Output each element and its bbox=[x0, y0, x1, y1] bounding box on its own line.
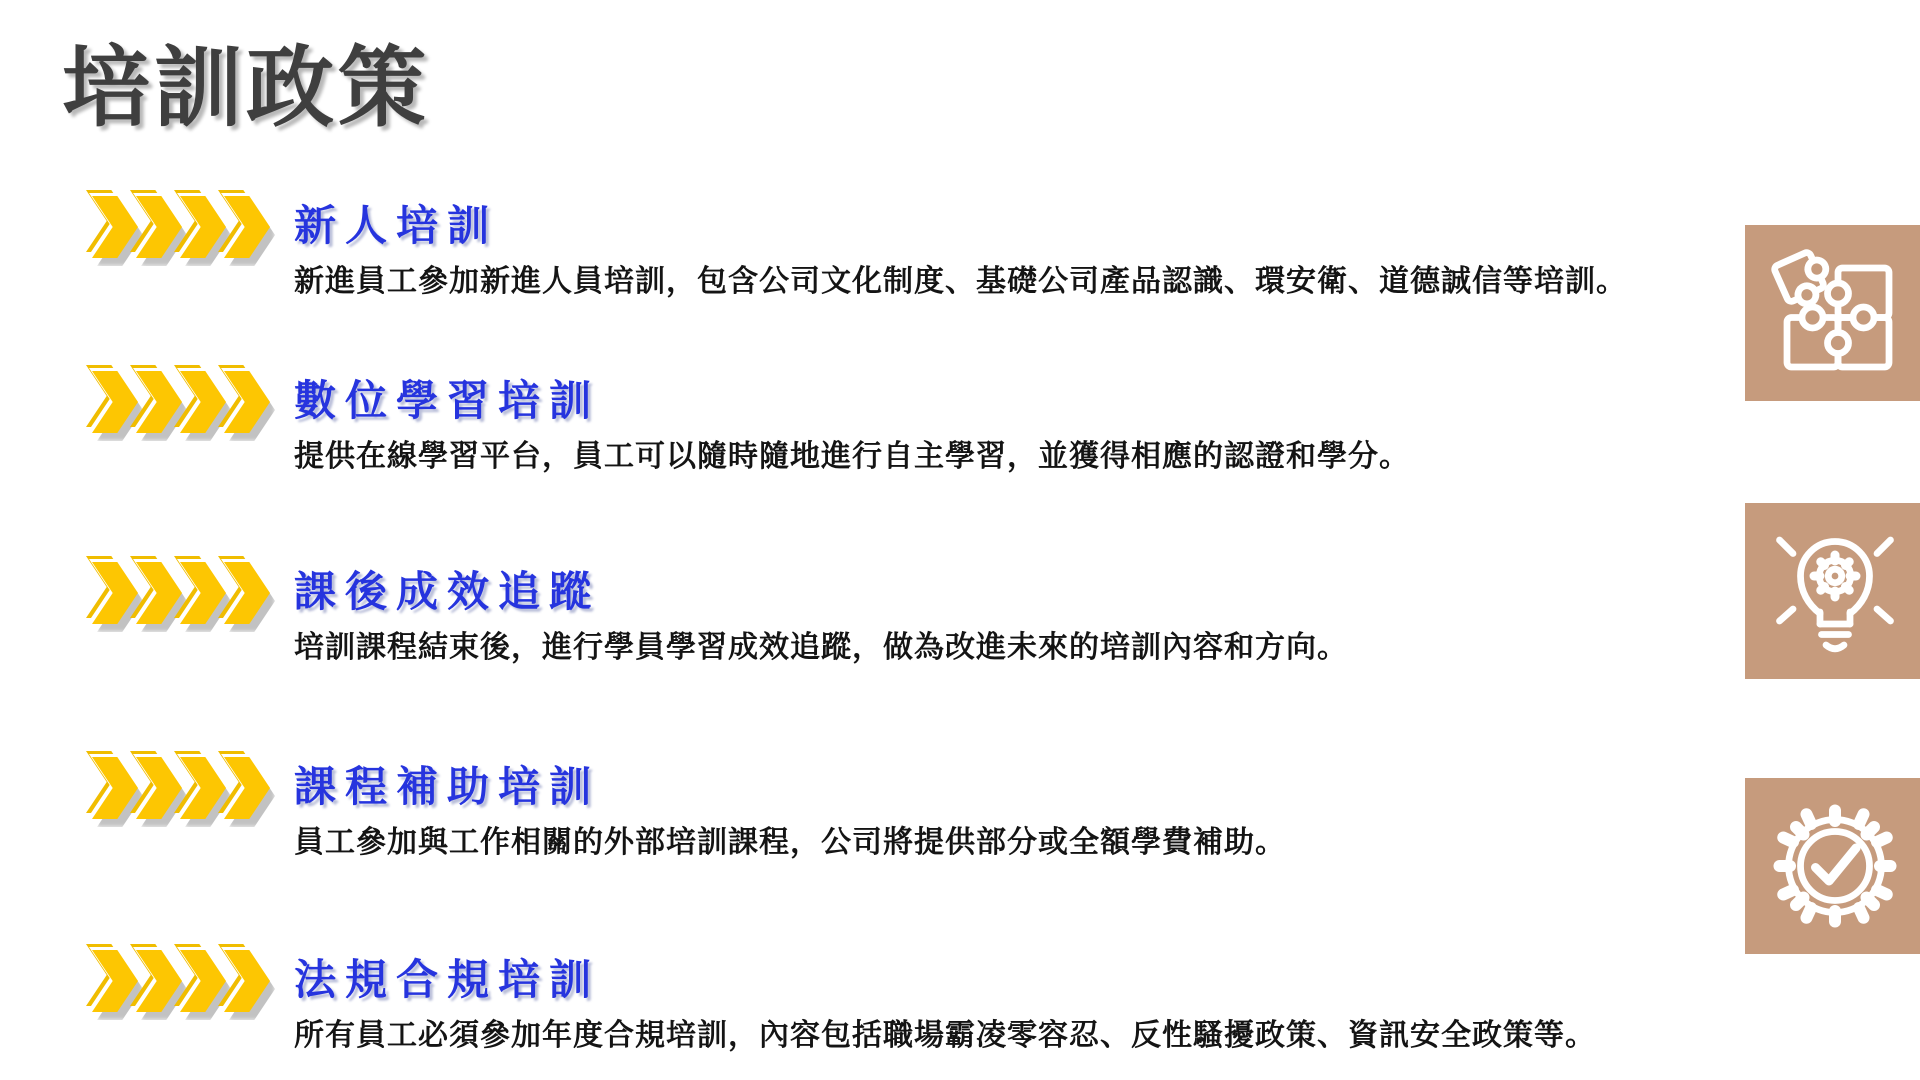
section-description: 培訓課程結束後，進行學員學習成效追蹤，做為改進未來的培訓內容和方向。 bbox=[294, 629, 1348, 667]
chevron-arrows-icon bbox=[92, 753, 268, 862]
section-heading: 數位學習培訓 bbox=[294, 377, 1410, 425]
slide-training-policy: 培訓政策 新人培訓 新進員工參加新進人員培訓，包含公司文化制度、基礎公司產品認識… bbox=[0, 0, 1920, 1080]
section-heading: 新人培訓 bbox=[294, 202, 1627, 250]
gear-check-icon bbox=[1745, 778, 1920, 954]
section-compliance-training: 法規合規培訓 所有員工必須參加年度合規培訓，內容包括職場霸凌零容忍、反性騷擾政策… bbox=[92, 946, 1596, 1055]
section-effect-tracking: 課後成效追蹤 培訓課程結束後，進行學員學習成效追蹤，做為改進未來的培訓內容和方向… bbox=[92, 558, 1348, 667]
idea-gear-icon bbox=[1745, 503, 1920, 679]
section-digital-learning: 數位學習培訓 提供在線學習平台，員工可以隨時隨地進行自主學習，並獲得相應的認證和… bbox=[92, 367, 1410, 476]
section-description: 新進員工參加新進人員培訓，包含公司文化制度、基礎公司產品認識、環安衛、道德誠信等… bbox=[294, 263, 1627, 301]
section-heading: 法規合規培訓 bbox=[294, 956, 1596, 1004]
page-title: 培訓政策 bbox=[62, 18, 430, 144]
section-course-subsidy: 課程補助培訓 員工參加與工作相關的外部培訓課程，公司將提供部分或全額學費補助。 bbox=[92, 753, 1286, 862]
chevron-arrows-icon bbox=[92, 192, 268, 301]
chevron-arrows-icon bbox=[92, 367, 268, 476]
chevron-arrows-icon bbox=[92, 558, 268, 667]
section-new-hire-training: 新人培訓 新進員工參加新進人員培訓，包含公司文化制度、基礎公司產品認識、環安衛、… bbox=[92, 192, 1627, 301]
chevron-arrows-icon bbox=[92, 946, 268, 1055]
section-heading: 課後成效追蹤 bbox=[294, 568, 1348, 616]
section-description: 員工參加與工作相關的外部培訓課程，公司將提供部分或全額學費補助。 bbox=[294, 824, 1286, 862]
section-description: 所有員工必須參加年度合規培訓，內容包括職場霸凌零容忍、反性騷擾政策、資訊安全政策… bbox=[294, 1017, 1596, 1055]
section-heading: 課程補助培訓 bbox=[294, 763, 1286, 811]
section-description: 提供在線學習平台，員工可以隨時隨地進行自主學習，並獲得相應的認證和學分。 bbox=[294, 438, 1410, 476]
puzzle-icon bbox=[1745, 225, 1920, 401]
